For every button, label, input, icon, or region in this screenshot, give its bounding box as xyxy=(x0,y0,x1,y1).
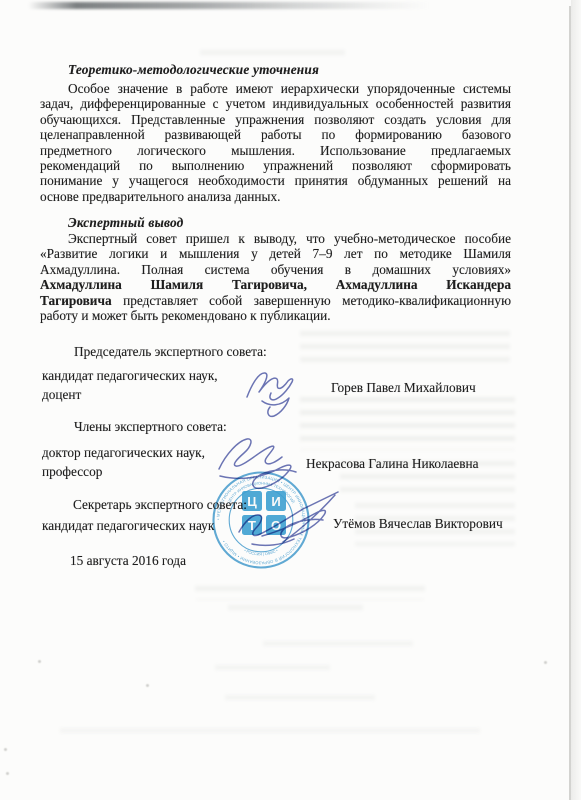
text-segment: Особое значение в работе имеют иерархиче… xyxy=(68,81,511,96)
date-line: 15 августа 2016 года xyxy=(70,553,186,568)
paragraph-line: работу и может быть рекомендовано к публ… xyxy=(40,308,511,323)
chairman-section-label: Председатель экспертного совета: xyxy=(74,344,267,359)
scan-speck xyxy=(38,660,41,663)
heading-conclusion: Экспертный вывод xyxy=(68,215,183,230)
scan-speck xyxy=(146,684,149,687)
stamp-letter-i: И xyxy=(271,494,280,509)
scan-speck xyxy=(4,748,7,751)
bleed-through-text xyxy=(195,583,425,600)
bleed-through-text xyxy=(228,602,363,615)
paragraph-line: Особое значение в работе имеют иерархиче… xyxy=(40,81,511,96)
stamp-letter-ts: Ц xyxy=(247,494,257,509)
text-segment: предметного логического мышления. Исполь… xyxy=(40,143,511,158)
scan-smudge-top xyxy=(28,2,430,9)
text-segment: понимание у учащегося необходимости прин… xyxy=(40,173,511,188)
text-segment: Экспертный совет пришел к выводу, что уч… xyxy=(68,231,511,246)
signature-gorev xyxy=(247,373,293,416)
member-degree-line1: доктор педагогических наук, xyxy=(42,445,205,460)
text-segment: целенаправленной развивающей работы по ф… xyxy=(40,127,511,142)
stamp-letter-o: О xyxy=(271,518,281,533)
scan-speck xyxy=(6,772,9,775)
text-segment: обучающихся. Представленные упражнения п… xyxy=(40,112,511,127)
paragraph-line: обучающихся. Представленные упражнения п… xyxy=(40,112,511,127)
scan-speck xyxy=(544,661,547,664)
stamp-letter-grid: Ц И Т О xyxy=(242,491,286,535)
bleed-through-text xyxy=(300,328,510,362)
bleed-through-text xyxy=(60,725,480,741)
paragraph-line: Экспертный совет пришел к выводу, что уч… xyxy=(40,231,511,246)
paragraph-conclusion: Экспертный совет пришел к выводу, что уч… xyxy=(40,231,511,323)
bleed-through-text xyxy=(215,662,330,675)
page-edge-shadow xyxy=(571,0,581,800)
text-segment: основе предварительного анализа данных. xyxy=(40,189,280,204)
cito-stamp: • МЕЖРЕГИОНАЛЬНАЯ ОРГАНИЗАЦИЯ • ЦЕНТР ИН… xyxy=(201,460,321,580)
bleed-through-text xyxy=(225,692,375,706)
bleed-through-text xyxy=(200,47,345,59)
text-segment: «Развитие логики и мышления у детей 7–9 … xyxy=(40,246,511,261)
chairman-name: Горев Павел Михайлович xyxy=(331,380,476,395)
scanned-document-page: Теоретико-методологические уточнения Осо… xyxy=(0,0,581,800)
bleed-through-text xyxy=(300,394,515,450)
heading-theoretical: Теоретико-методологические уточнения xyxy=(68,62,319,77)
stamp-letter-t: Т xyxy=(248,518,256,533)
chairman-degree-line1: кандидат педагогических наук, xyxy=(42,368,218,383)
text-segment: представляет собой завершенную методико-… xyxy=(112,293,511,308)
cito-stamp-svg: • МЕЖРЕГИОНАЛЬНАЯ ОРГАНИЗАЦИЯ • ЦЕНТР ИН… xyxy=(201,460,321,580)
bold-text-segment: Ахмадуллина Шамиля Тагировича, Ахмадулли… xyxy=(40,277,511,292)
paragraph-line: рекомендаций по выполнению упражнений по… xyxy=(40,158,511,173)
chairman-degree-line2: доцент xyxy=(42,387,81,402)
paragraph-line: Ахмадуллина. Полная система обучения в д… xyxy=(40,262,511,277)
paragraph-line: «Развитие логики и мышления у детей 7–9 … xyxy=(40,246,511,261)
member-name: Некрасова Галина Николаевна xyxy=(306,456,479,471)
paragraph-line: основе предварительного анализа данных. xyxy=(40,189,511,204)
text-segment: Ахмадуллина. Полная система обучения в д… xyxy=(40,262,511,277)
paragraph-line: предметного логического мышления. Исполь… xyxy=(40,143,511,158)
members-section-label: Члены экспертного совета: xyxy=(74,419,227,434)
secretary-degree: кандидат педагогических наук xyxy=(42,518,214,533)
bleed-through-text xyxy=(263,638,413,650)
secretary-name: Утёмов Вячеслав Викторович xyxy=(333,516,503,531)
paragraph-line: задач, дифференцированные с учетом индив… xyxy=(40,96,511,111)
member-degree-line2: профессор xyxy=(42,464,102,479)
text-segment: работу и может быть рекомендовано к публ… xyxy=(40,308,331,323)
text-segment: рекомендаций по выполнению упражнений по… xyxy=(40,158,511,173)
text-segment: задач, дифференцированные с учетом индив… xyxy=(40,96,511,111)
paragraph-line: Ахмадуллина Шамиля Тагировича, Ахмадулли… xyxy=(40,277,511,292)
paragraph-line: понимание у учащегося необходимости прин… xyxy=(40,173,511,188)
paragraph-line: Тагировича представляет собой завершенну… xyxy=(40,293,511,308)
paragraph-line: целенаправленной развивающей работы по ф… xyxy=(40,127,511,142)
bold-text-segment: Тагировича xyxy=(40,293,112,308)
paragraph-theoretical: Особое значение в работе имеют иерархиче… xyxy=(40,81,511,204)
